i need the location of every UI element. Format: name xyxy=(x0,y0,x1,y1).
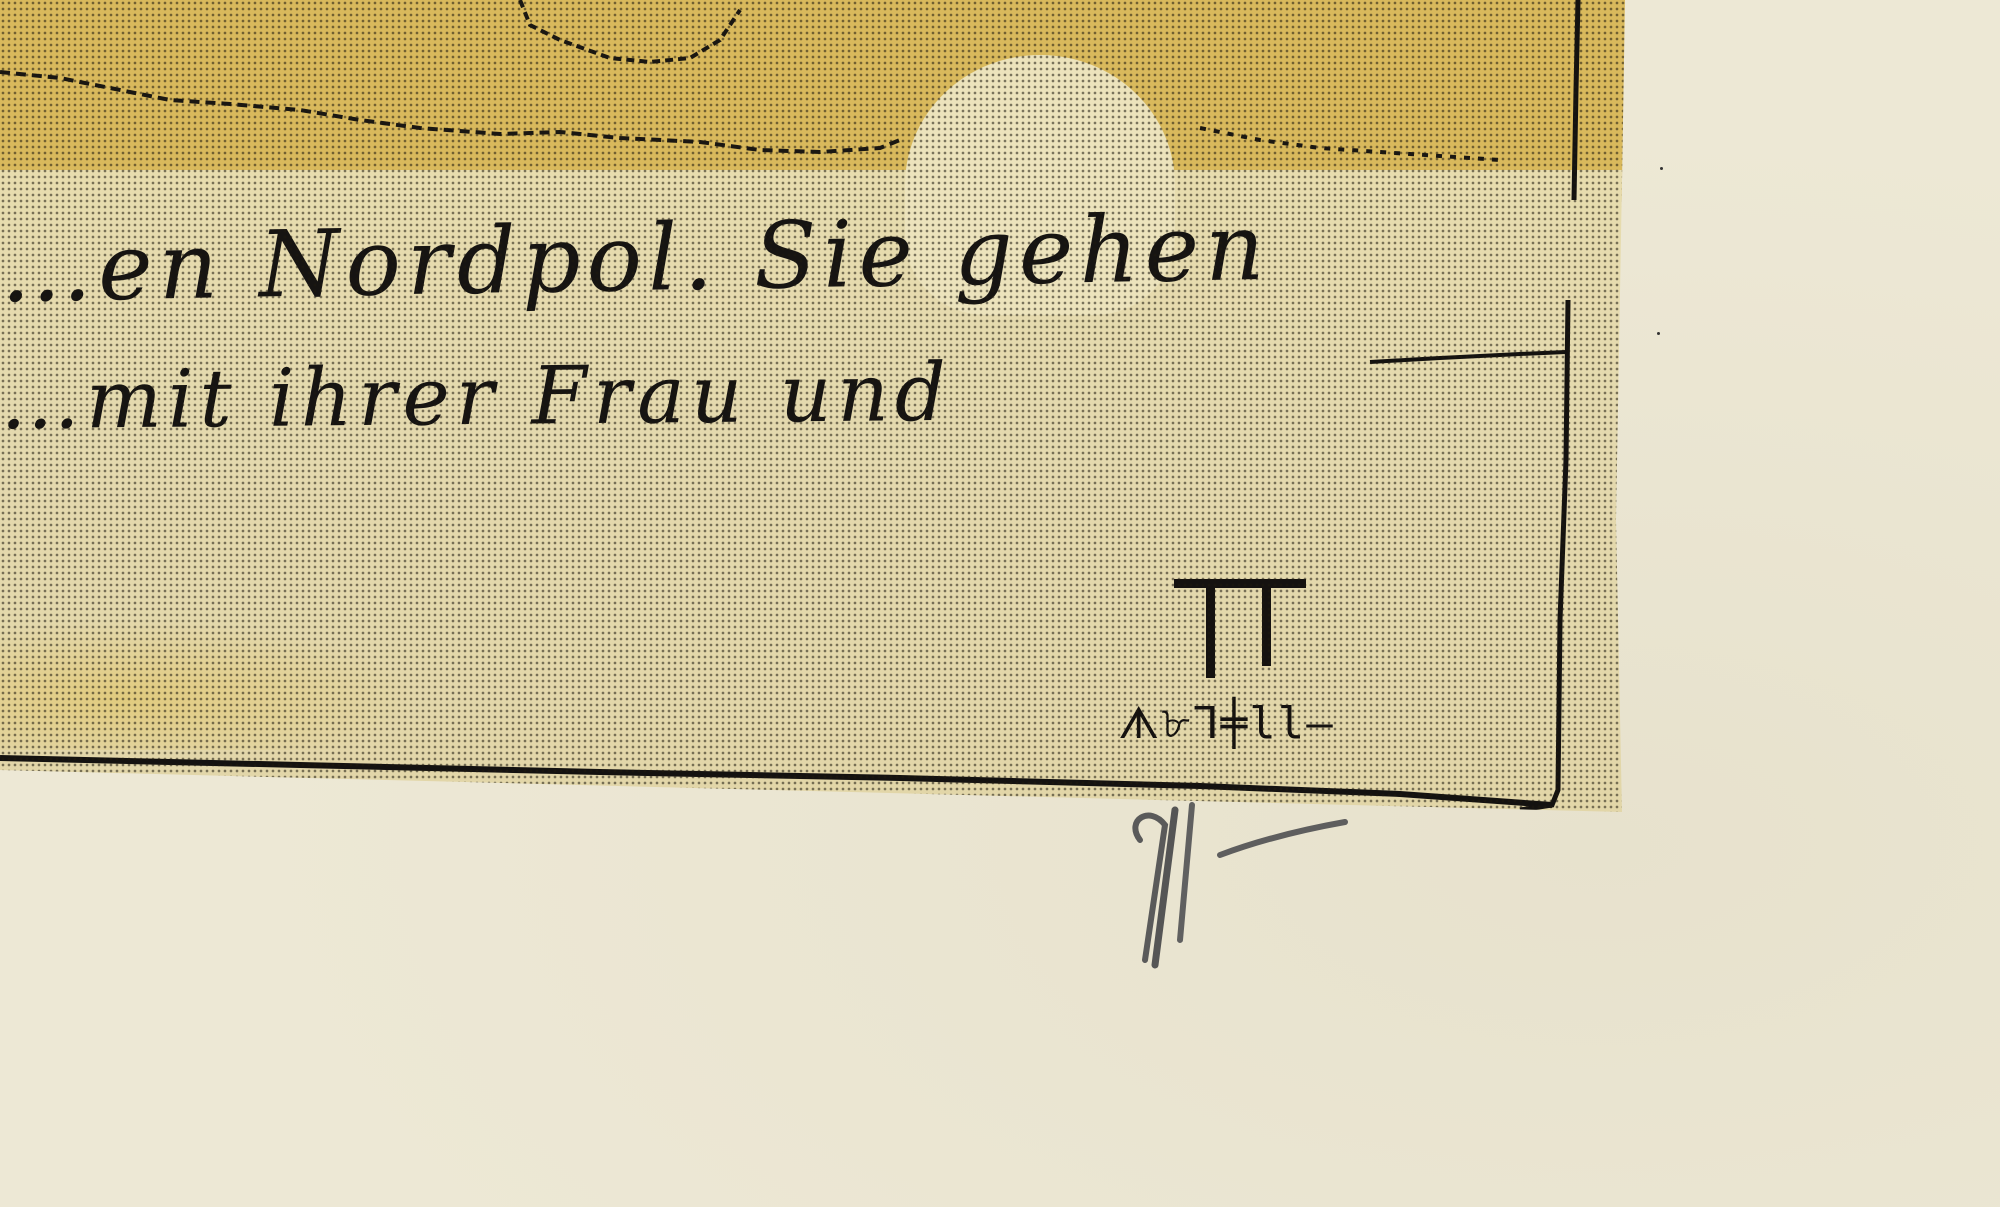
handwriting-line-2: …mit ihrer Frau und xyxy=(0,346,952,447)
pencil-signature xyxy=(1120,800,1360,970)
monogram-inscription: ᗑ৮ᒣ╪ll— xyxy=(1118,690,1335,763)
paper-speck xyxy=(1657,332,1660,335)
handwriting-line-1: …en Nordpol. Sie gehen xyxy=(0,194,1271,323)
paper-speck xyxy=(1660,167,1663,170)
printed-image: …en Nordpol. Sie gehen …mit ihrer Frau u… xyxy=(0,0,1625,812)
pi-monogram-icon xyxy=(1170,575,1310,685)
